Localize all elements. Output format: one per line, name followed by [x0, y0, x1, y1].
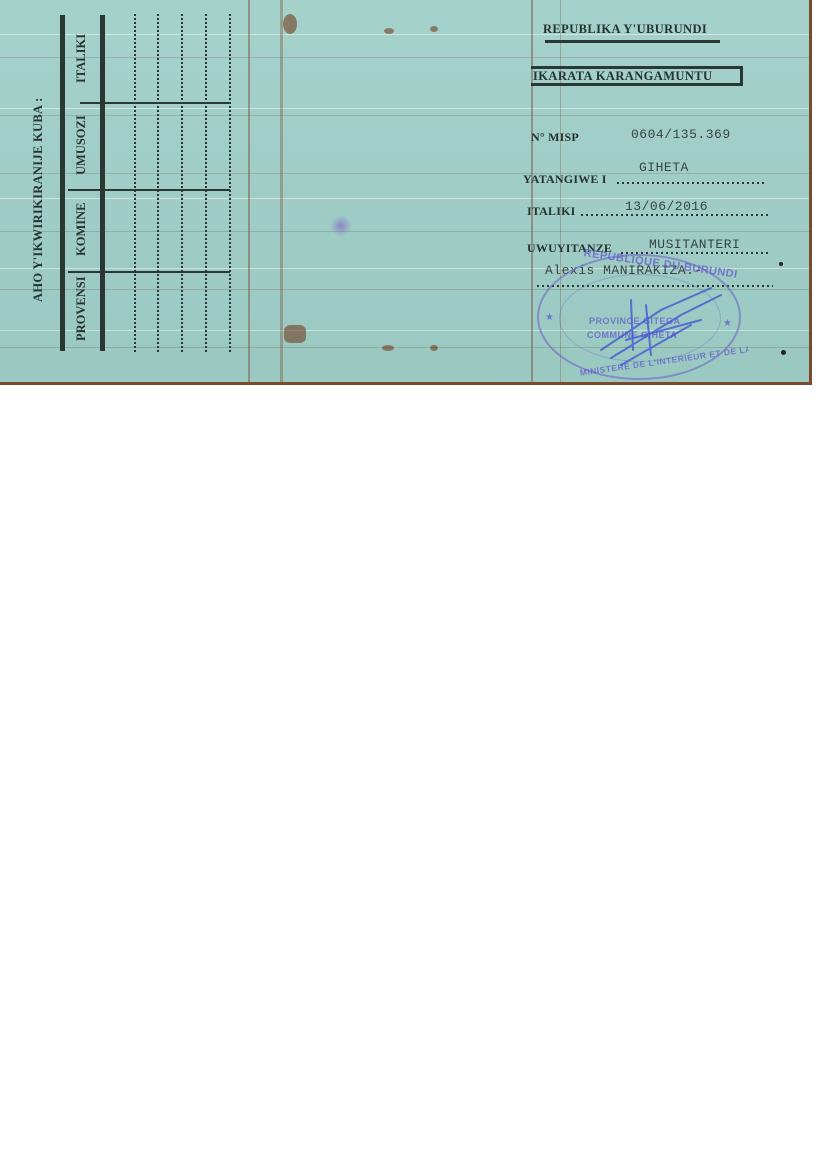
table-border — [60, 15, 65, 351]
issue-date-value: 13/06/2016 — [625, 199, 708, 214]
issued-at-label: YATANGIWE I — [523, 172, 607, 187]
identity-panel: REPUBLIKA Y'UBURUNDI IKARATA KARANGAMUNT… — [531, 0, 812, 385]
ink-smudge — [330, 215, 352, 237]
column-header-provensi: PROVENSI — [74, 270, 94, 348]
signature — [591, 280, 731, 370]
residence-record-panel: AHO Y'IKWIRIKIRANIJE KUBA : PROVENSI KOM… — [0, 0, 248, 385]
table-border — [100, 15, 105, 351]
misp-value: 0604/135.369 — [631, 127, 731, 142]
card-type-title: IKARATA KARANGAMUNTU — [531, 66, 743, 86]
dotted-entry-line — [181, 14, 183, 354]
residence-title: AHO Y'IKWIRIKIRANIJE KUBA : — [31, 55, 51, 345]
issuer-title-value: MUSITANTERI — [649, 237, 740, 252]
dotted-entry-line — [134, 14, 136, 354]
dotted-entry-line — [157, 14, 159, 354]
dotted-entry-line — [229, 14, 231, 354]
ink-dot — [781, 350, 786, 355]
id-card-scan: AHO Y'IKWIRIKIRANIJE KUBA : PROVENSI KOM… — [0, 0, 812, 385]
dotted-entry-line — [205, 14, 207, 354]
dotted-line — [617, 182, 767, 184]
column-header-italiki: ITALIKI — [74, 16, 94, 101]
ink-dot — [779, 262, 783, 266]
issued-at-value: GIHETA — [639, 160, 689, 175]
column-header-umusozi: UMUSOZI — [74, 103, 94, 188]
table-divider — [80, 102, 230, 104]
misp-label: N° MISP — [531, 130, 579, 145]
header-underline — [545, 40, 720, 43]
star-icon: ★ — [545, 312, 554, 323]
column-header-komine: KOMINE — [74, 190, 94, 268]
dotted-line — [581, 214, 771, 216]
blank-middle-panel — [248, 0, 531, 385]
issue-date-label: ITALIKI — [527, 204, 576, 219]
country-header: REPUBLIKA Y'UBURUNDI — [543, 22, 707, 37]
